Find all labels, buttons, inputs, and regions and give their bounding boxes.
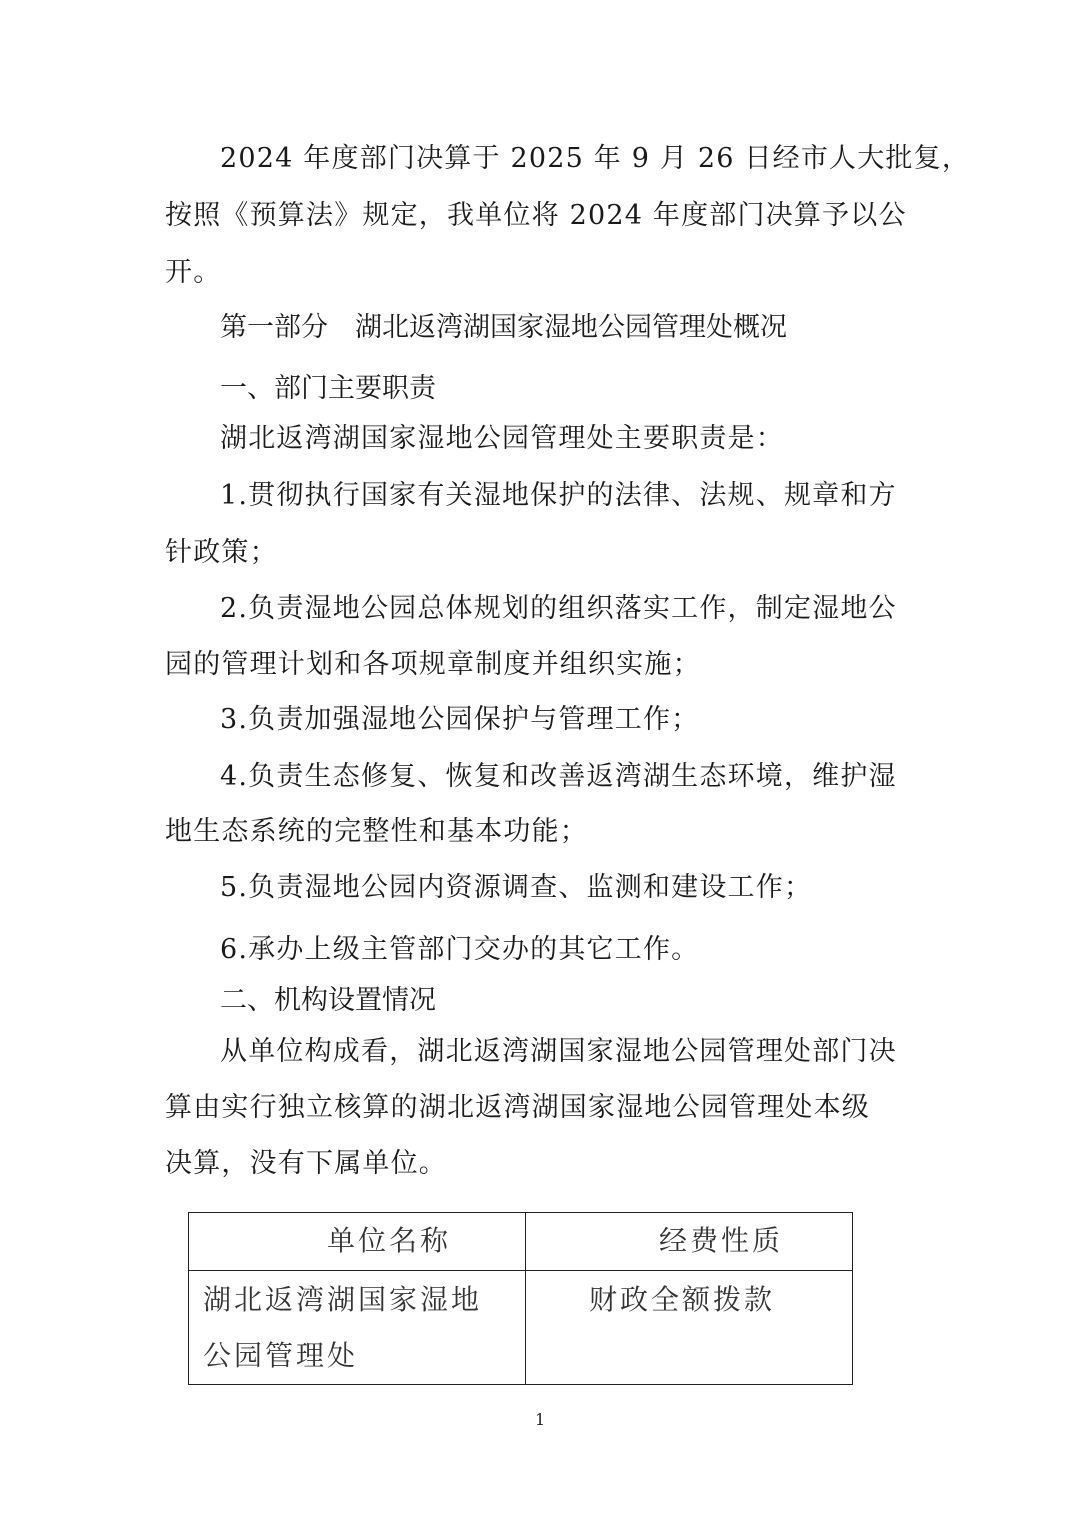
table-header-unit-name: 单位名称 [327, 1224, 451, 1258]
intro-line-2: 按照《预算法》规定，我单位将 2024 年度部门决算予以公 [165, 199, 907, 233]
section-heading-duties: 一、部门主要职责 [220, 372, 436, 406]
part-title: 第一部分 湖北返湾湖国家湿地公园管理处概况 [220, 311, 787, 345]
page-number: 1 [535, 1410, 545, 1429]
duty-item-3: 3.负责加强湿地公园保护与管理工作； [220, 703, 699, 737]
duty-item-2-line-2: 园的管理计划和各项规章制度并组织实施； [165, 648, 701, 682]
table-cell-unit-name-line-1: 湖北返湾湖国家湿地 [203, 1283, 482, 1317]
duty-item-2-line-1: 2.负责湿地公园总体规划的组织落实工作，制定湿地公 [220, 592, 897, 626]
duty-item-1-line-1: 1.贯彻执行国家有关湿地保护的法律、法规、规章和方 [220, 479, 897, 513]
intro-line-3: 开。 [165, 256, 221, 290]
org-line-3: 决算，没有下属单位。 [165, 1147, 447, 1181]
duty-item-4-line-2: 地生态系统的完整性和基本功能； [165, 815, 588, 849]
duties-lead: 湖北返湾湖国家湿地公园管理处主要职责是： [220, 422, 784, 456]
table-column-divider [525, 1213, 526, 1384]
unit-table: 单位名称 经费性质 湖北返湾湖国家湿地 公园管理处 财政全额拨款 [188, 1212, 853, 1385]
table-header-divider [189, 1270, 852, 1271]
table-cell-unit-name-line-2: 公园管理处 [203, 1339, 358, 1373]
duty-item-5: 5.负责湿地公园内资源调查、监测和建设工作； [220, 871, 812, 905]
org-line-2: 算由实行独立核算的湖北返湾湖国家湿地公园管理处本级 [165, 1091, 870, 1125]
duty-item-6: 6.承办上级主管部门交办的其它工作。 [220, 933, 699, 967]
duty-item-1-line-2: 针政策； [165, 536, 278, 570]
table-header-funding-type: 经费性质 [659, 1224, 783, 1258]
intro-line-1: 2024 年度部门决算于 2025 年 9 月 26 日经市人大批复， [220, 142, 970, 176]
org-line-1: 从单位构成看，湖北返湾湖国家湿地公园管理处部门决 [220, 1035, 897, 1069]
table-cell-funding-type: 财政全额拨款 [589, 1283, 775, 1317]
section-heading-organization: 二、机构设置情况 [220, 984, 436, 1018]
duty-item-4-line-1: 4.负责生态修复、恢复和改善返湾湖生态环境，维护湿 [220, 760, 897, 794]
